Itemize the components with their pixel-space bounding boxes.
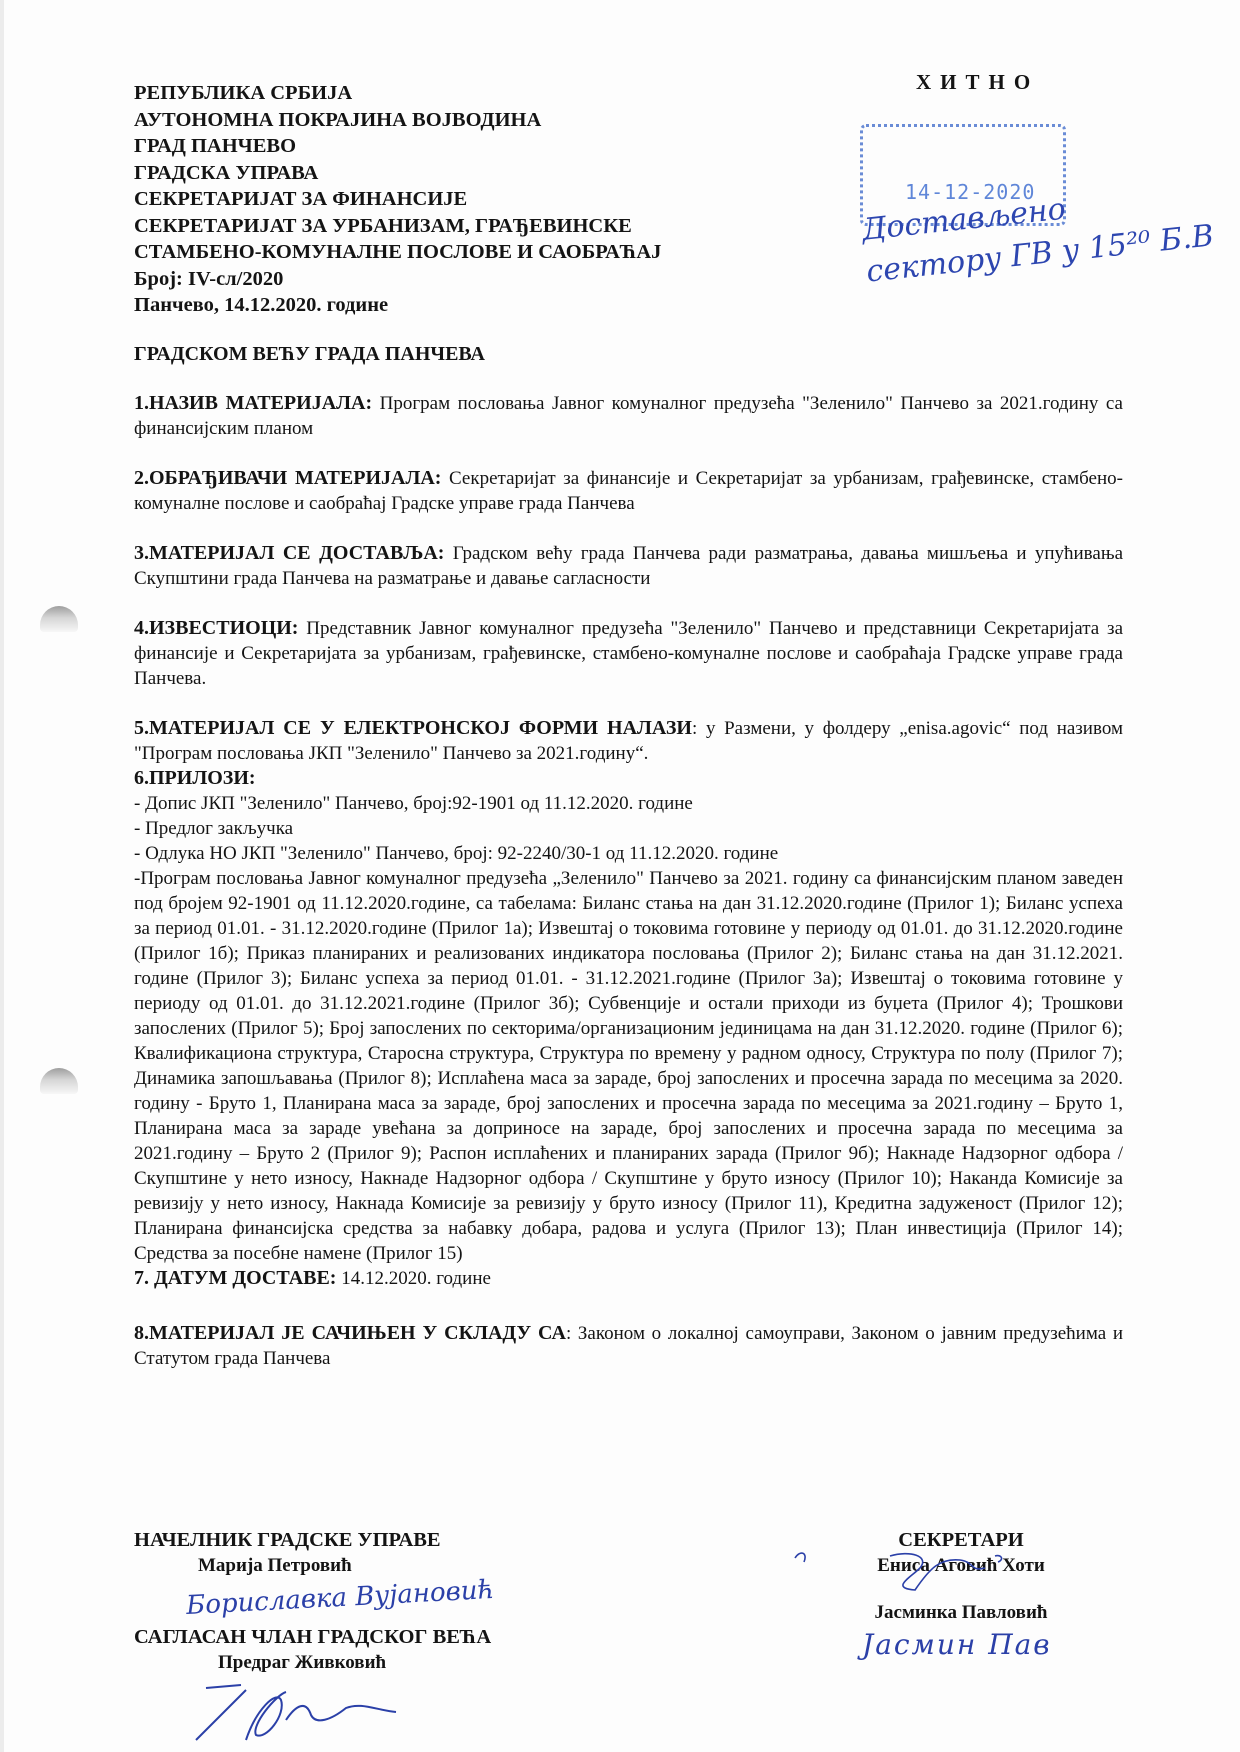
secretary2-signature-block: Јасминка Павловић [846, 1600, 1076, 1626]
scan-edge [0, 0, 4, 1752]
place-date: Панчево, 14.12.2020. године [134, 292, 661, 319]
section-material-name: 1.НАЗИВ МАТЕРИЈАЛА: Програм пословања Ја… [134, 391, 1123, 441]
letterhead-line: СЕКРЕТАРИЈАТ ЗА УРБАНИЗАМ, ГРАЂЕВИНСКЕ [134, 213, 661, 240]
section-label: 6.ПРИЛОЗИ: [134, 766, 1123, 791]
secretary2-name: Јасминка Павловић [846, 1600, 1076, 1626]
head-signature-block: НАЧЕЛНИК ГРАДСКЕ УПРАВЕ Марија Петровић [134, 1527, 441, 1579]
letterhead-line: ГРАД ПАНЧЕВО [134, 133, 661, 160]
letterhead-line: РЕПУБЛИКА СРБИЈА [134, 80, 661, 107]
section-legal-basis: 8.МАТЕРИЈАЛ ЈЕ САЧИЊЕН У СКЛАДУ СА: Зако… [134, 1321, 1123, 1371]
section-label: 2.ОБРАЂИВАЧИ МАТЕРИЈАЛА: [134, 467, 441, 489]
council-signature-block: САГЛАСАН ЧЛАН ГРАДСКОГ ВЕЋА Предраг Живк… [134, 1624, 491, 1676]
attachment-item: - Предлог закључка [134, 816, 1123, 841]
attachment-item: - Допис ЈКП "Зеленило" Панчево, број:92-… [134, 791, 1123, 816]
section-electronic-location: 5.МАТЕРИЈАЛ СЕ У ЕЛЕКТРОНСКОЈ ФОРМИ НАЛА… [134, 716, 1123, 766]
section-label: 8.МАТЕРИЈАЛ ЈЕ САЧИЊЕН У СКЛАДУ СА [134, 1322, 566, 1344]
section-text: 14.12.2020. године [336, 1268, 490, 1289]
council-name: Предраг Живковић [134, 1650, 491, 1676]
council-title: САГЛАСАН ЧЛАН ГРАДСКОГ ВЕЋА [134, 1624, 491, 1650]
attachment-item: -Програм пословања Јавног комуналног пре… [134, 866, 1123, 1266]
council-handwritten-signature [186, 1680, 426, 1750]
recipient: ГРАДСКОМ ВЕЋУ ГРАДА ПАНЧЕВА [134, 342, 1123, 367]
section-delivery-date: 7. ДАТУМ ДОСТАВЕ: 14.12.2020. године [134, 1266, 1123, 1291]
document-body: ГРАДСКОМ ВЕЋУ ГРАДА ПАНЧЕВА 1.НАЗИВ МАТЕ… [134, 342, 1123, 1396]
section-label: 4.ИЗВЕСТИОЦИ: [134, 617, 298, 639]
document-page: РЕПУБЛИКА СРБИЈА АУТОНОМНА ПОКРАЈИНА ВОЈ… [0, 0, 1240, 1752]
secretary2-handwritten-signature: Јасмин Пав [862, 1628, 1052, 1661]
letterhead-line: ГРАДСКА УПРАВА [134, 160, 661, 187]
head-handwritten-signature: Бориславка Вујановић [185, 1575, 494, 1621]
section-processors: 2.ОБРАЂИВАЧИ МАТЕРИЈАЛА: Секретаријат за… [134, 466, 1123, 516]
section-delivered-to: 3.МАТЕРИЈАЛ СЕ ДОСТАВЉА: Градском већу г… [134, 541, 1123, 591]
attachment-item: - Одлука НО ЈКП "Зеленило" Панчево, број… [134, 841, 1123, 866]
section-reporters: 4.ИЗВЕСТИОЦИ: Представник Јавног комунал… [134, 616, 1123, 691]
letterhead: РЕПУБЛИКА СРБИЈА АУТОНОМНА ПОКРАЈИНА ВОЈ… [134, 80, 661, 319]
document-number: Број: IV-сл/2020 [134, 266, 661, 293]
letterhead-line: СЕКРЕТАРИЈАТ ЗА ФИНАНСИЈЕ [134, 186, 661, 213]
head-name: Марија Петровић [134, 1553, 441, 1579]
punch-hole [40, 1068, 78, 1094]
letterhead-line: СТАМБЕНО-КОМУНАЛНЕ ПОСЛОВЕ И САОБРАЋАЈ [134, 239, 661, 266]
section-label: 3.МАТЕРИЈАЛ СЕ ДОСТАВЉА: [134, 542, 444, 564]
head-title: НАЧЕЛНИК ГРАДСКЕ УПРАВЕ [134, 1527, 441, 1553]
section-label: 5.МАТЕРИЈАЛ СЕ У ЕЛЕКТРОНСКОЈ ФОРМИ НАЛА… [134, 717, 692, 739]
letterhead-line: АУТОНОМНА ПОКРАЈИНА ВОЈВОДИНА [134, 107, 661, 134]
section-label: 7. ДАТУМ ДОСТАВЕ: [134, 1267, 336, 1289]
secretary1-handwritten-signature [790, 1548, 1050, 1598]
punch-hole [40, 606, 78, 632]
section-attachments: 6.ПРИЛОЗИ: - Допис ЈКП "Зеленило" Панчев… [134, 766, 1123, 1266]
section-label: 1.НАЗИВ МАТЕРИЈАЛА: [134, 392, 372, 414]
urgent-label: ХИТНО [916, 70, 1039, 95]
